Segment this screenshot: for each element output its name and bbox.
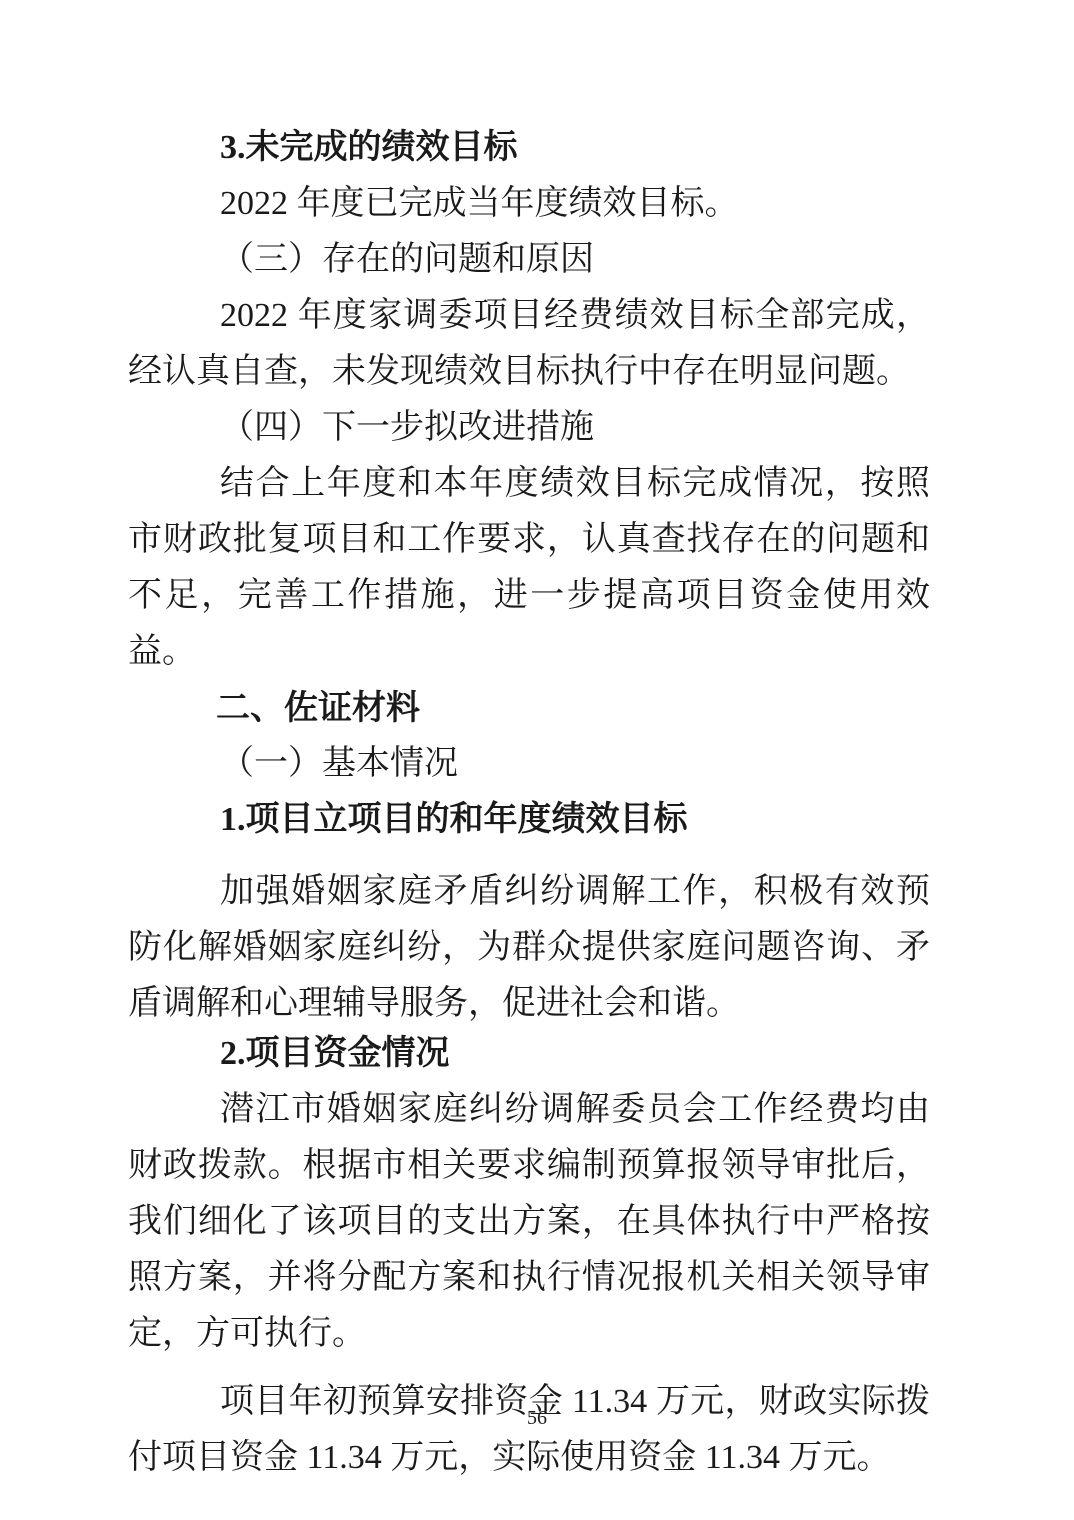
sub-heading: （四）下一步拟改进措施 [128,400,930,456]
document-page: 3.未完成的绩效目标2022 年度已完成当年度绩效目标。（三）存在的问题和原因2… [0,0,1074,1520]
document-body: 3.未完成的绩效目标2022 年度已完成当年度绩效目标。（三）存在的问题和原因2… [0,0,1074,1486]
paragraph: 项目年初预算安排资金 11.34 万元，财政实际拨付项目资金 11.34 万元，… [128,1374,930,1486]
paragraph: 2022 年度家调委项目经费绩效目标全部完成，经认真自查，未发现绩效目标执行中存… [128,288,930,400]
numbered-heading: 2.项目资金情况 [128,1026,930,1082]
page-number: 56 [0,1407,1074,1430]
sub-heading: （一）基本情况 [128,736,930,792]
paragraph: 加强婚姻家庭矛盾纠纷调解工作，积极有效预防化解婚姻家庭纠纷，为群众提供家庭问题咨… [128,864,930,1032]
numbered-heading: 3.未完成的绩效目标 [128,120,930,176]
section-heading: 二、佐证材料 [128,680,930,736]
paragraph: 结合上年度和本年度绩效目标完成情况，按照市财政批复项目和工作要求，认真查找存在的… [128,456,930,680]
sub-heading: （三）存在的问题和原因 [128,232,930,288]
paragraph: 2022 年度已完成当年度绩效目标。 [128,176,930,232]
paragraph: 潜江市婚姻家庭纠纷调解委员会工作经费均由财政拨款。根据市相关要求编制预算报领导审… [128,1082,930,1362]
numbered-heading: 1.项目立项目的和年度绩效目标 [128,792,930,848]
